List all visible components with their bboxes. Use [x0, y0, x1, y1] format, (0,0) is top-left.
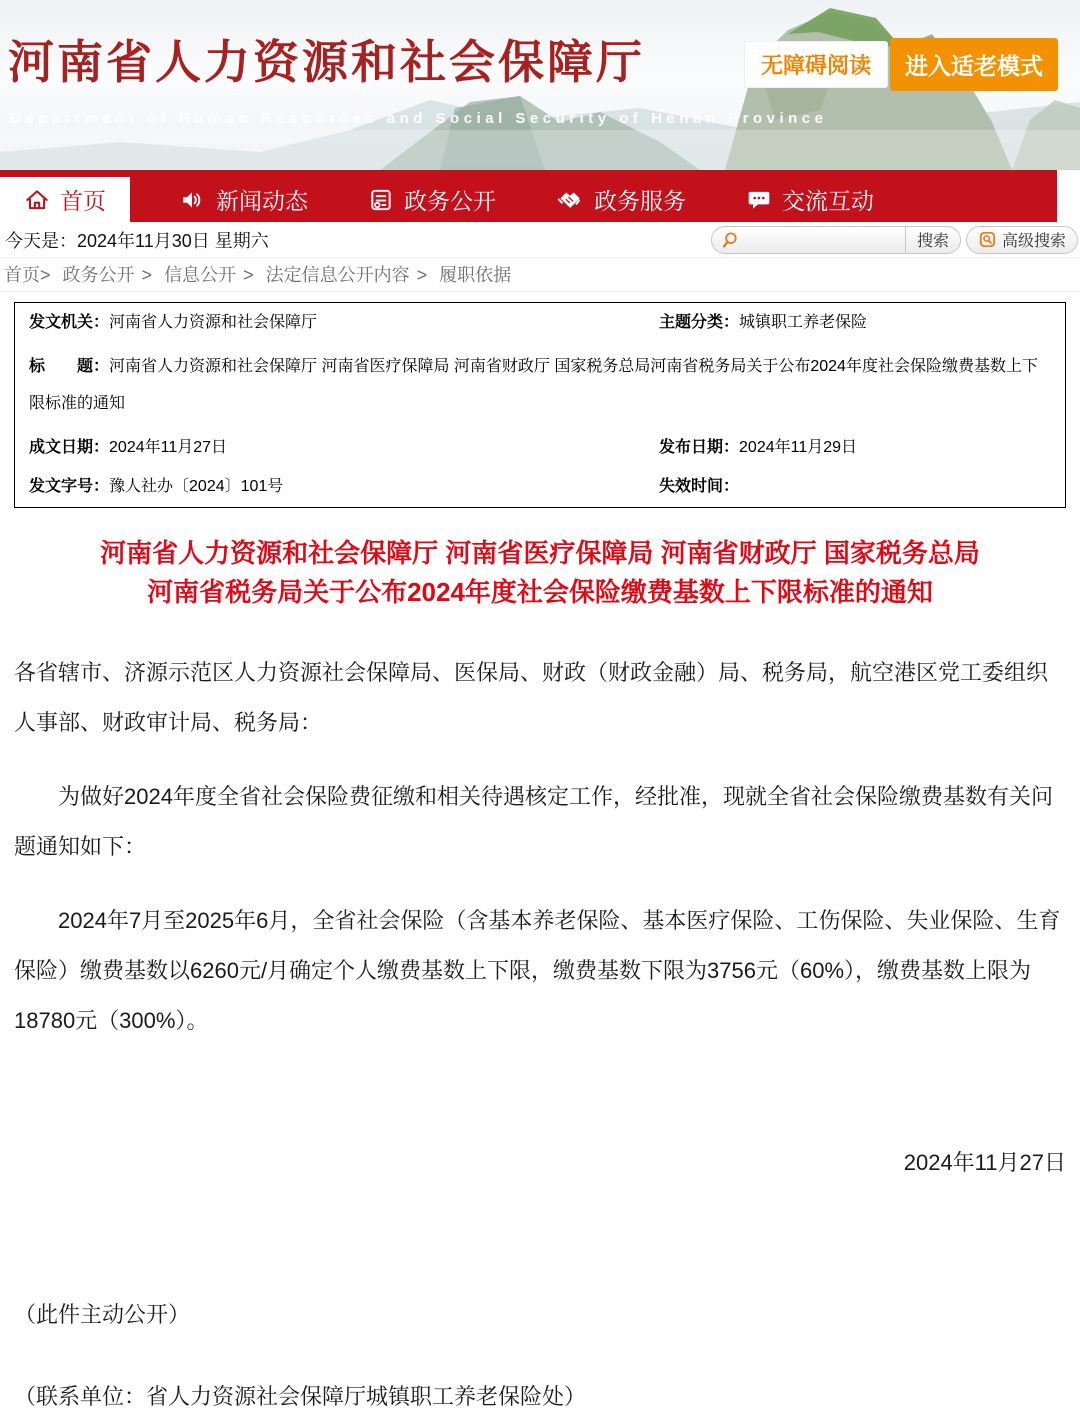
meta-label: 发布日期：	[659, 439, 739, 456]
meta-issuing-org: 发文机关：河南省人力资源和社会保障厅	[15, 303, 645, 343]
main-content: 发文机关：河南省人力资源和社会保障厅 主题分类：城镇职工养老保险 标 题：河南省…	[0, 302, 1080, 1422]
nav-item-label: 政务公开	[404, 183, 496, 216]
meta-topic: 主题分类：城镇职工养老保险	[645, 303, 1065, 343]
meta-value: 河南省人力资源和社会保障厅	[109, 314, 317, 331]
table-row: 发文机关：河南省人力资源和社会保障厅 主题分类：城镇职工养老保险	[15, 303, 1065, 343]
meta-date-written: 成文日期：2024年11月27日	[15, 428, 645, 468]
advanced-search-label: 高级搜索	[1002, 228, 1066, 251]
meta-label: 主题分类：	[659, 314, 739, 331]
banner-buttons: 无障碍阅读 进入适老模式	[744, 38, 1058, 91]
document-note-contact: （联系单位：省人力资源社会保障厅城镇职工养老保险处）	[14, 1372, 1066, 1422]
handshake-icon	[556, 187, 584, 213]
today-label: 今天是：	[5, 231, 77, 251]
nav-item-label: 新闻动态	[216, 183, 308, 216]
breadcrumb-separator: >	[417, 265, 428, 285]
meta-value: 豫人社办〔2024〕101号	[109, 478, 283, 495]
search-input[interactable]	[744, 227, 905, 253]
meta-value: 2024年11月29日	[739, 439, 857, 456]
nav-item-gov-services[interactable]: 政务服务	[546, 177, 696, 222]
main-nav: 首页 新闻动态 政务公开 政务服务 交流互动	[0, 170, 1057, 222]
document-paragraph: 为做好2024年度全省社会保险费征缴和相关待遇核定工作，经批准，现就全省社会保险…	[14, 772, 1066, 872]
meta-value: 城镇职工养老保险	[739, 314, 867, 331]
meta-value: 2024年11月27日	[109, 439, 227, 456]
home-icon	[24, 187, 50, 213]
chat-icon	[746, 187, 772, 213]
advanced-search-icon	[978, 230, 997, 249]
speaker-icon	[180, 187, 206, 213]
document-paragraph: 2024年7月至2025年6月，全省社会保险（含基本养老保险、基本医疗保险、工伤…	[14, 896, 1066, 1046]
today-date: 今天是：2024年11月30日 星期六	[5, 227, 269, 253]
page: 河南省人力资源和社会保障厅 Department of Human Resour…	[0, 0, 1080, 1424]
meta-date-published: 发布日期：2024年11月29日	[645, 428, 1065, 468]
elder-mode-button[interactable]: 进入适老模式	[890, 38, 1058, 91]
meta-label: 标 题：	[29, 358, 109, 375]
search-box: 搜索	[711, 226, 961, 254]
nav-item-gov-disclosure[interactable]: 政务公开	[358, 177, 506, 222]
toolbar: 今天是：2024年11月30日 星期六 搜索 高级搜索	[0, 222, 1080, 258]
breadcrumb-item-duty-basis[interactable]: 履职依据	[439, 265, 511, 285]
document-body: 各省辖市、济源示范区人力资源社会保障局、医保局、财政（财政金融）局、税务局，航空…	[14, 648, 1066, 1422]
table-row: 标 题：河南省人力资源和社会保障厅 河南省医疗保障局 河南省财政厅 国家税务总局…	[15, 343, 1065, 428]
site-banner: 河南省人力资源和社会保障厅 Department of Human Resour…	[0, 0, 1080, 170]
nav-item-label: 交流互动	[782, 183, 874, 216]
site-title: 河南省人力资源和社会保障厅	[8, 26, 645, 92]
nav-item-label: 政务服务	[594, 183, 686, 216]
document-title-line1: 河南省人力资源和社会保障厅 河南省医疗保障局 河南省财政厅 国家税务总局	[100, 538, 980, 568]
meta-label: 发文字号：	[29, 478, 109, 495]
meta-value: 河南省人力资源和社会保障厅 河南省医疗保障局 河南省财政厅 国家税务总局河南省税…	[29, 358, 1038, 413]
nav-item-interaction[interactable]: 交流互动	[736, 177, 884, 222]
site-subtitle-en: Department of Human Resources and Social…	[10, 110, 827, 127]
document-title: 河南省人力资源和社会保障厅 河南省医疗保障局 河南省财政厅 国家税务总局 河南省…	[14, 534, 1066, 612]
breadcrumb-item-gov-disclosure[interactable]: 政务公开	[63, 265, 135, 285]
search-icon	[720, 230, 740, 250]
document-icon	[368, 187, 394, 213]
document-meta-table: 发文机关：河南省人力资源和社会保障厅 主题分类：城镇职工养老保险 标 题：河南省…	[14, 302, 1066, 508]
today-value: 2024年11月30日 星期六	[77, 231, 269, 251]
meta-expiry: 失效时间：	[645, 467, 1065, 507]
meta-label: 发文机关：	[29, 314, 109, 331]
breadcrumb-separator: >	[40, 265, 51, 285]
breadcrumb: 首页> 政务公开> 信息公开> 法定信息公开内容> 履职依据	[0, 258, 1080, 292]
advanced-search-button[interactable]: 高级搜索	[966, 226, 1078, 254]
document-note-public: （此件主动公开）	[14, 1290, 1066, 1340]
meta-doc-title: 标 题：河南省人力资源和社会保障厅 河南省医疗保障局 河南省财政厅 国家税务总局…	[15, 343, 1065, 428]
meta-label: 失效时间：	[659, 478, 739, 495]
search-area: 搜索 高级搜索	[711, 226, 1078, 254]
breadcrumb-separator: >	[142, 265, 153, 285]
document-title-line2: 河南省税务局关于公布2024年度社会保险缴费基数上下限标准的通知	[147, 577, 933, 607]
nav-item-label: 首页	[60, 183, 106, 216]
nav-item-home[interactable]: 首页	[0, 177, 130, 222]
document-date: 2024年11月27日	[14, 1138, 1066, 1188]
breadcrumb-item-legal-content[interactable]: 法定信息公开内容	[266, 265, 410, 285]
search-button[interactable]: 搜索	[905, 227, 960, 253]
breadcrumb-separator: >	[243, 265, 254, 285]
accessibility-button[interactable]: 无障碍阅读	[744, 41, 888, 88]
meta-doc-number: 发文字号：豫人社办〔2024〕101号	[15, 467, 645, 507]
nav-item-news[interactable]: 新闻动态	[170, 177, 318, 222]
breadcrumb-item-home[interactable]: 首页	[4, 265, 40, 285]
meta-label: 成文日期：	[29, 439, 109, 456]
table-row: 发文字号：豫人社办〔2024〕101号 失效时间：	[15, 467, 1065, 507]
breadcrumb-item-info-disclosure[interactable]: 信息公开	[164, 265, 236, 285]
document-paragraph: 各省辖市、济源示范区人力资源社会保障局、医保局、财政（财政金融）局、税务局，航空…	[14, 648, 1066, 748]
table-row: 成文日期：2024年11月27日 发布日期：2024年11月29日	[15, 428, 1065, 468]
